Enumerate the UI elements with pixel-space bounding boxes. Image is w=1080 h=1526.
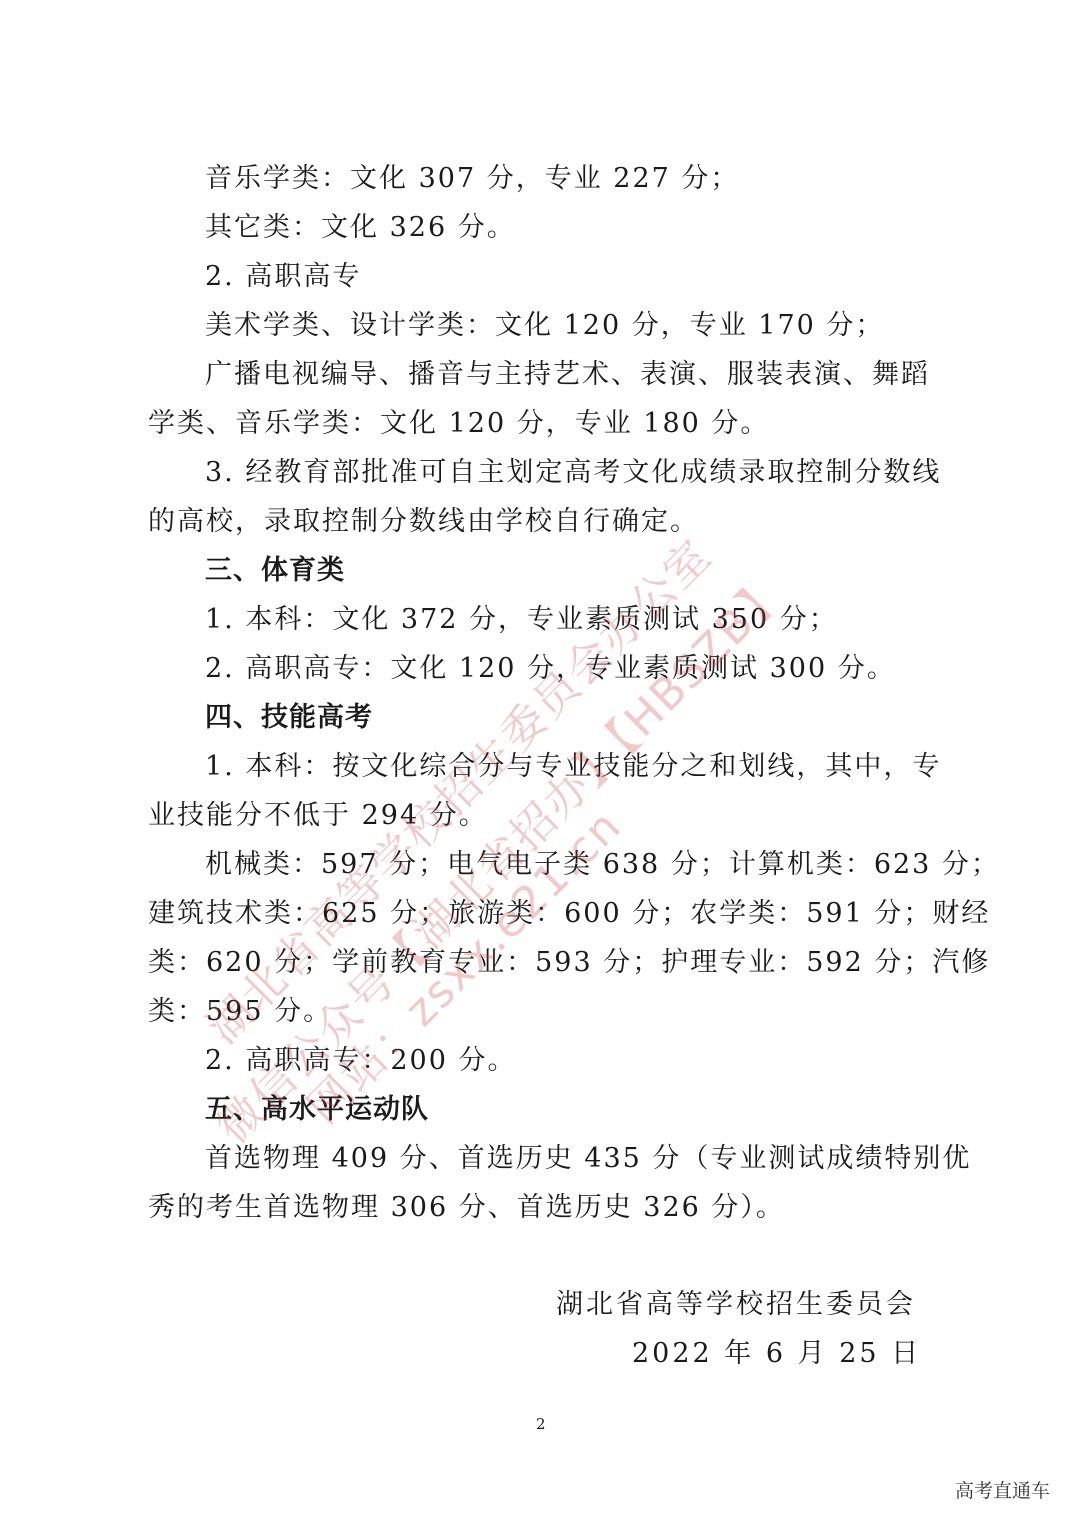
text-line: 1. 本科：按文化综合分与专业技能分之和划线，其中，专 bbox=[205, 750, 941, 784]
text-line: 2. 高职高专 bbox=[205, 260, 361, 294]
text-line: 的高校，录取控制分数线由学校自行确定。 bbox=[148, 505, 699, 539]
text-line: 3. 经教育部批准可自主划定高考文化成绩录取控制分数线 bbox=[205, 456, 941, 490]
text-line: 2. 高职高专：文化 120 分，专业素质测试 300 分。 bbox=[205, 652, 896, 686]
text-line: 其它类：文化 326 分。 bbox=[205, 211, 516, 245]
section-heading-skills: 四、技能高考 bbox=[205, 701, 373, 735]
text-line: 1. 本科：文化 372 分，专业素质测试 350 分； bbox=[205, 603, 838, 637]
section-heading-athletics: 五、高水平运动队 bbox=[205, 1093, 429, 1127]
source-tag: 高考直通车 bbox=[955, 1476, 1050, 1503]
text-line: 类：595 分。 bbox=[148, 995, 332, 1029]
text-line: 建筑技术类：625 分；旅游类：600 分；农学类：591 分；财经 bbox=[148, 897, 990, 931]
text-line: 美术学类、设计学类：文化 120 分，专业 170 分； bbox=[205, 309, 884, 343]
text-line: 音乐学类：文化 307 分，专业 227 分； bbox=[205, 162, 739, 196]
text-line: 秀的考生首选物理 306 分、首选历史 326 分）。 bbox=[148, 1191, 785, 1225]
text-line: 类：620 分；学前教育专业：593 分；护理专业：592 分；汽修 bbox=[148, 946, 990, 980]
text-line: 2. 高职高专：200 分。 bbox=[205, 1044, 516, 1078]
text-line: 业技能分不低于 294 分。 bbox=[148, 799, 488, 833]
text-line: 首选物理 409 分、首选历史 435 分（专业测试成绩特别优 bbox=[205, 1142, 971, 1176]
text-line: 机械类：597 分；电气电子类 638 分；计算机类：623 分； bbox=[205, 848, 1000, 882]
signature-date: 2022 年 6 月 25 日 bbox=[632, 1337, 921, 1371]
page-number: 2 bbox=[536, 1415, 546, 1433]
signature-organization: 湖北省高等学校招生委员会 bbox=[556, 1288, 916, 1322]
text-line: 学类、音乐学类：文化 120 分，专业 180 分。 bbox=[148, 407, 769, 441]
text-line: 广播电视编导、播音与主持艺术、表演、服装表演、舞蹈 bbox=[205, 358, 930, 392]
section-heading-sports: 三、体育类 bbox=[205, 554, 345, 588]
document-page: 音乐学类：文化 307 分，专业 227 分； 其它类：文化 326 分。 2.… bbox=[0, 0, 1080, 1526]
